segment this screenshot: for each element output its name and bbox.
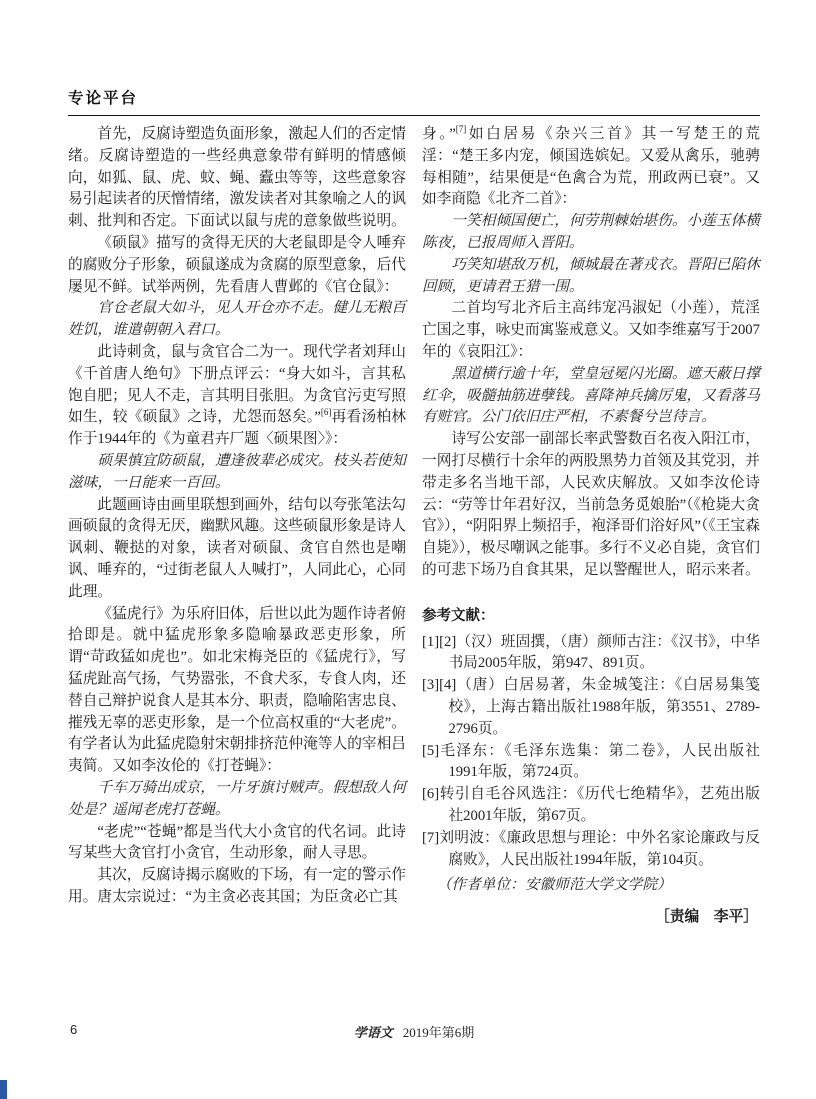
paragraph: 其次，反腐诗揭示腐败的下场，有一定的警示作用。唐太宗说过：“为主贪必丧其国；为臣… (68, 865, 406, 909)
print-registration-mark (0, 1080, 7, 1099)
left-column: 首先，反腐诗塑造负面形象，激起人们的否定情绪。反腐诗塑造的一些经典意象带有鲜明的… (68, 124, 406, 929)
reference-item: [7]刘明波：《廉政思想与理论：中外名家论廉政与反腐败》，人民出版社1994年版… (422, 828, 760, 872)
poem-quote: 千车万骑出成京，一片牙旗讨贼声。假想敌人何处是？遥闻老虎打苍蝇。 (68, 778, 406, 822)
page-header: 专论平台 (68, 86, 760, 116)
reference-item: [5]毛泽东：《毛泽东选集：第二卷》，人民出版社1991年版，第724页。 (422, 741, 760, 785)
right-column: 身。”[7]如白居易《杂兴三首》其一写楚王的荒淫：“楚王多内宠，倾国选嫔妃。又爱… (422, 124, 760, 929)
journal-page: 专论平台 首先，反腐诗塑造负面形象，激起人们的否定情绪。反腐诗塑造的一些经典意象… (0, 0, 816, 1099)
poem-quote: 硕果慎宜防硕鼠，遭逢彼辈必成灾。枝头若使知滋味，一日能来一百回。 (68, 451, 406, 495)
paragraph: “老虎”“苍蝇”都是当代大小贪官的代名词。此诗写某些大贪官打小贪官，生动形象，耐… (68, 822, 406, 866)
header-divider (68, 115, 760, 116)
paragraph: 二首均写北齐后主高纬宠冯淑妃（小莲），荒淫亡国之事，咏史而寓鉴戒意义。又如李维嘉… (422, 298, 760, 363)
article-body: 首先，反腐诗塑造负面形象，激起人们的否定情绪。反腐诗塑造的一些经典意象带有鲜明的… (68, 124, 760, 929)
journal-line: 学语文2019年第6期 (68, 1022, 760, 1041)
page-footer: 6 学语文2019年第6期 (68, 1022, 760, 1042)
reference-item: [3][4]（唐）白居易著，朱金城笺注：《白居易集笺校》，上海古籍出版社1988… (422, 675, 760, 740)
paragraph: 此诗刺贪，鼠与贪官合二为一。现代学者刘拜山《千首唐人绝句》下册点评云：“身大如斗… (68, 342, 406, 451)
footnote-marker: [7] (456, 124, 467, 134)
poem-quote: 巧笑知堪敌万机，倾城最在著戎衣。晋阳已陷休回顾，更请君王猎一围。 (422, 255, 760, 299)
paragraph-text: 身。” (422, 126, 456, 142)
author-affiliation: （作者单位：安徽师范大学文学院） (422, 875, 760, 897)
references-heading: 参考文献： (422, 606, 760, 628)
paragraph: 此题画诗由画里联想到画外，结句以夸张笔法勾画硕鼠的贪得无厌，幽默风趣。这些硕鼠形… (68, 495, 406, 604)
footnote-marker: [6] (321, 407, 332, 417)
section-label: 专论平台 (68, 86, 760, 108)
paragraph: 首先，反腐诗塑造负面形象，激起人们的否定情绪。反腐诗塑造的一些经典意象带有鲜明的… (68, 124, 406, 233)
reference-item: [6]转引自毛谷风选注：《历代七绝精华》，艺苑出版社2001年版，第67页。 (422, 784, 760, 828)
paragraph: 诗写公安部一副部长率武警数百名夜入阳江市，一网打尽横行十余年的两股黑势力首领及其… (422, 429, 760, 582)
poem-quote: 黑道横行逾十年，堂皇冠冕闪光圈。遮天蔽日撑红伞，吸髓抽筋进孽钱。喜降神兵擒厉鬼，… (422, 364, 760, 429)
poem-quote: 官仓老鼠大如斗，见人开仓亦不走。健儿无粮百姓饥，谁遣朝朝入君口。 (68, 298, 406, 342)
editor-credit: ［责编 李平］ (422, 907, 760, 929)
journal-name: 学语文 (354, 1025, 393, 1040)
reference-item: [1][2]（汉）班固撰，（唐）颜师古注：《汉书》，中华书局2005年版，第94… (422, 632, 760, 676)
paragraph: 身。”[7]如白居易《杂兴三首》其一写楚王的荒淫：“楚王多内宠，倾国选嫔妃。又爱… (422, 124, 760, 211)
journal-issue: 2019年第6期 (403, 1025, 475, 1040)
paragraph-text: 如白居易《杂兴三首》其一写楚王的荒淫：“楚王多内宠，倾国选嫔妃。又爱从禽乐，驰骋… (422, 126, 760, 207)
paragraph: 《硕鼠》描写的贪得无厌的大老鼠即是令人唾弃的腐败分子形象，硕鼠遂成为贪腐的原型意… (68, 233, 406, 298)
paragraph: 《猛虎行》为乐府旧体，后世以此为题作诗者俯拾即是。就中猛虎形象多隐喻暴政恶吏形象… (68, 604, 406, 778)
poem-quote: 一笑相倾国便亡，何劳荆棘始堪伤。小莲玉体横陈夜，已报周师入晋阳。 (422, 211, 760, 255)
